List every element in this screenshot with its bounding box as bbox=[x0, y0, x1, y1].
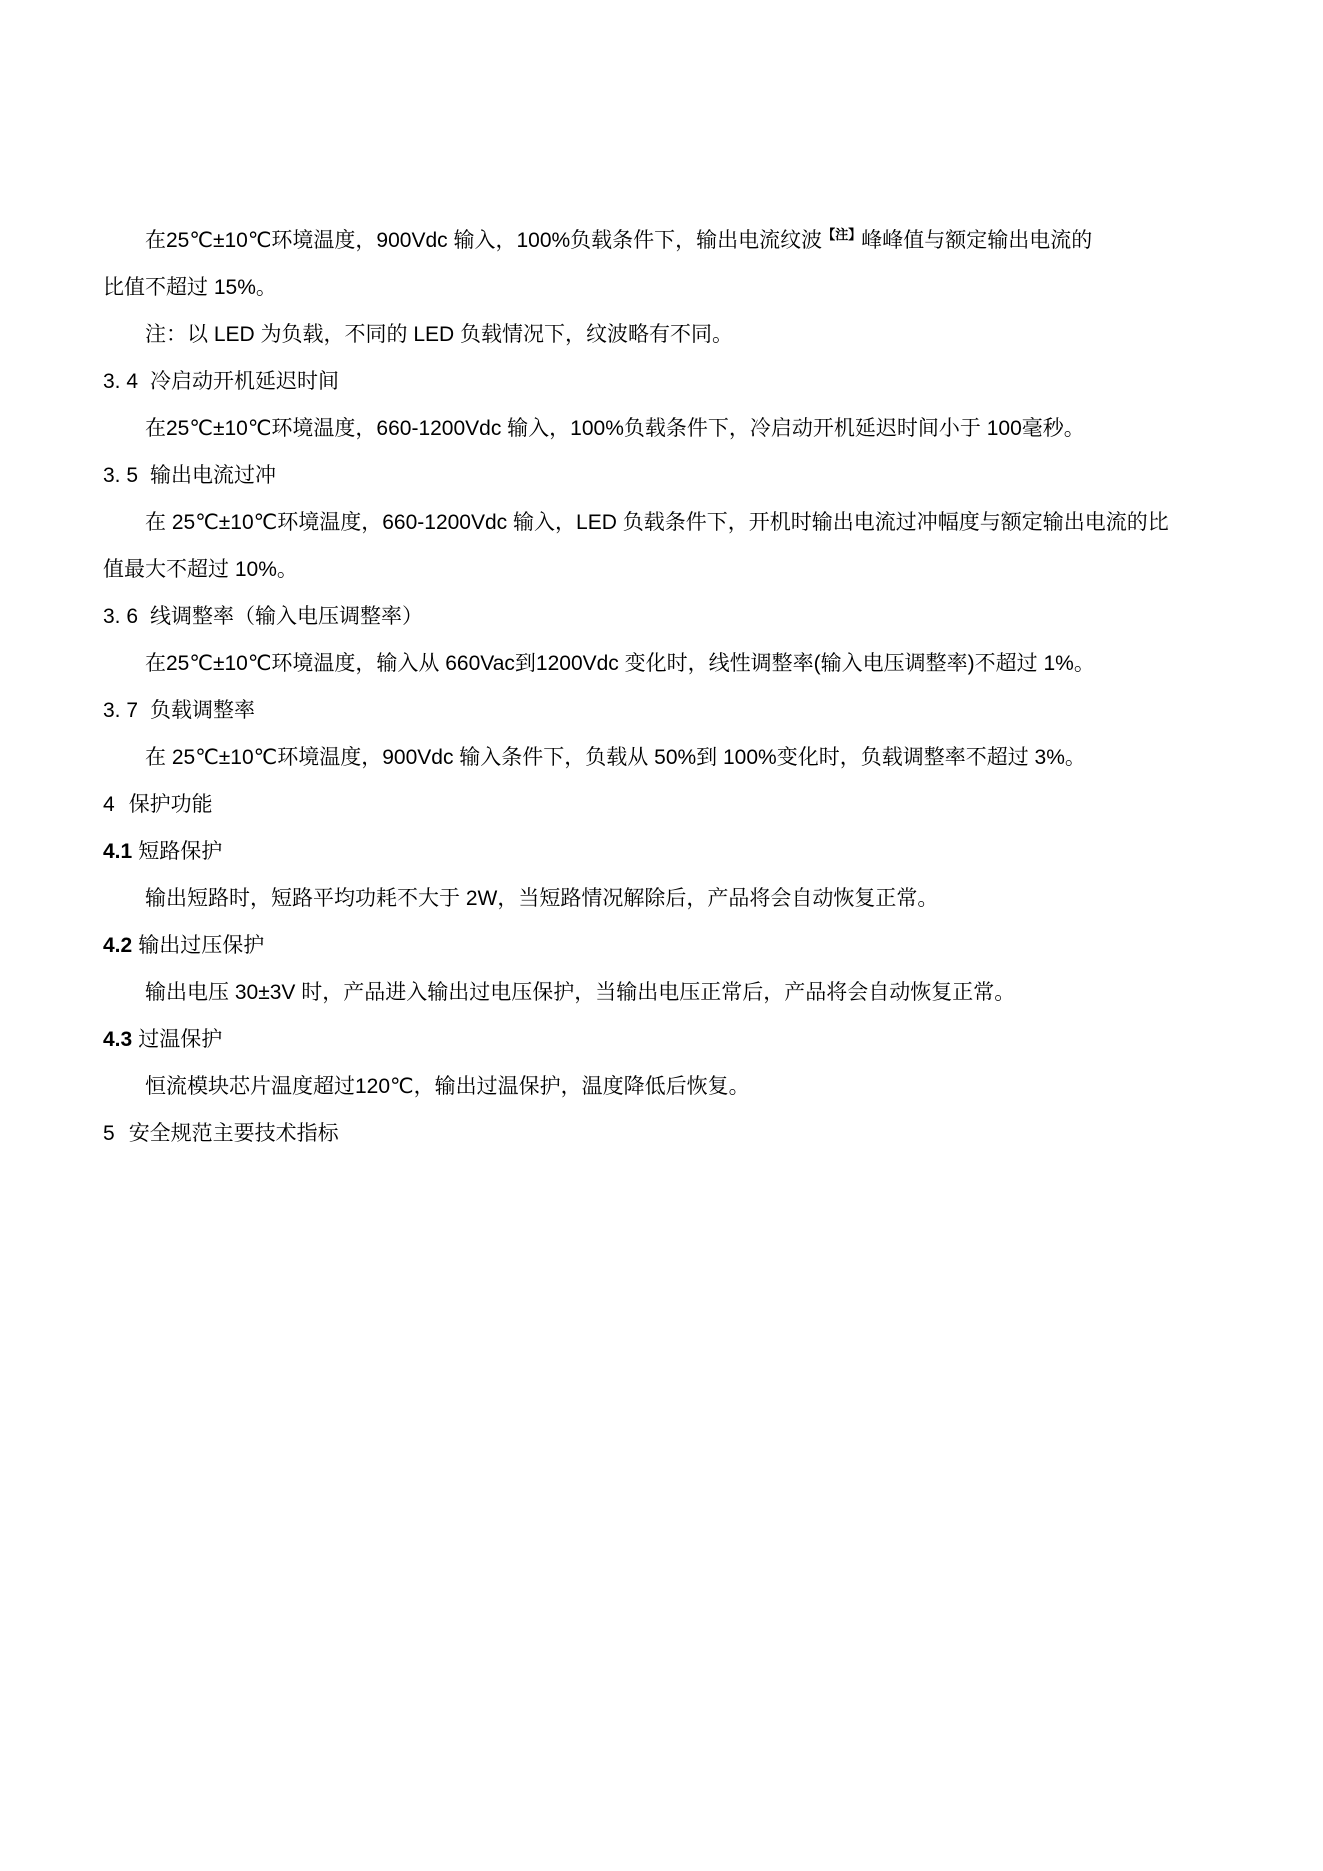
paragraph-3-4: 在25℃±10℃环境温度，660-1200Vdc 输入，100%负载条件下，冷启… bbox=[103, 405, 1243, 452]
heading-4-3-number: 4.3 bbox=[103, 1016, 132, 1063]
note-reference-superscript: 【注】 bbox=[822, 227, 861, 242]
paragraph-4-2: 输出电压 30±3V 时，产品进入输出过电压保护，当输出电压正常后，产品将会自动… bbox=[103, 969, 1243, 1016]
heading-chapter-4: 4保护功能 bbox=[103, 781, 1243, 828]
heading-3-6: 3. 6线调整率（输入电压调整率） bbox=[103, 593, 1243, 640]
paragraph-3-6: 在25℃±10℃环境温度，输入从 660Vac到1200Vdc 变化时，线性调整… bbox=[103, 640, 1243, 687]
heading-3-4-number: 3. 4 bbox=[103, 358, 138, 405]
heading-3-5: 3. 5输出电流过冲 bbox=[103, 452, 1243, 499]
heading-3-6-title: 线调整率（输入电压调整率） bbox=[150, 605, 423, 628]
heading-4-1-title: 短路保护 bbox=[138, 840, 222, 863]
heading-3-5-number: 3. 5 bbox=[103, 452, 138, 499]
heading-chapter-4-title: 保护功能 bbox=[129, 793, 213, 816]
heading-chapter-5: 5安全规范主要技术指标 bbox=[103, 1110, 1243, 1157]
document-content: 在25℃±10℃环境温度，900Vdc 输入，100%负载条件下，输出电流纹波【… bbox=[0, 0, 1323, 1157]
heading-4-2: 4.2输出过压保护 bbox=[103, 922, 1243, 969]
paragraph-4-1: 输出短路时，短路平均功耗不大于 2W，当短路情况解除后，产品将会自动恢复正常。 bbox=[103, 875, 1243, 922]
heading-3-7-title: 负载调整率 bbox=[150, 699, 255, 722]
heading-chapter-5-number: 5 bbox=[103, 1110, 115, 1157]
heading-4-2-number: 4.2 bbox=[103, 922, 132, 969]
heading-4-1: 4.1短路保护 bbox=[103, 828, 1243, 875]
heading-4-3: 4.3过温保护 bbox=[103, 1016, 1243, 1063]
paragraph-output-current-ripple: 在25℃±10℃环境温度，900Vdc 输入，100%负载条件下，输出电流纹波【… bbox=[103, 217, 1243, 311]
document-page: 在25℃±10℃环境温度，900Vdc 输入，100%负载条件下，输出电流纹波【… bbox=[0, 0, 1323, 1871]
heading-3-7-number: 3. 7 bbox=[103, 687, 138, 734]
heading-4-1-number: 4.1 bbox=[103, 828, 132, 875]
heading-3-4: 3. 4冷启动开机延迟时间 bbox=[103, 358, 1243, 405]
heading-3-4-title: 冷启动开机延迟时间 bbox=[150, 370, 339, 393]
heading-3-5-title: 输出电流过冲 bbox=[150, 464, 276, 487]
heading-chapter-5-title: 安全规范主要技术指标 bbox=[129, 1122, 339, 1145]
heading-chapter-4-number: 4 bbox=[103, 781, 115, 828]
heading-4-2-title: 输出过压保护 bbox=[138, 934, 264, 957]
note-line: 注：以 LED 为负载，不同的 LED 负载情况下，纹波略有不同。 bbox=[103, 311, 1243, 358]
paragraph-3-7: 在 25℃±10℃环境温度，900Vdc 输入条件下，负载从 50%到 100%… bbox=[103, 734, 1243, 781]
paragraph-3-5: 在 25℃±10℃环境温度，660-1200Vdc 输入，LED 负载条件下，开… bbox=[103, 499, 1243, 593]
heading-4-3-title: 过温保护 bbox=[138, 1028, 222, 1051]
heading-3-6-number: 3. 6 bbox=[103, 593, 138, 640]
heading-3-7: 3. 7负载调整率 bbox=[103, 687, 1243, 734]
ripple-text-before-note-ref: 在25℃±10℃环境温度，900Vdc 输入，100%负载条件下，输出电流纹波 bbox=[145, 229, 822, 252]
paragraph-4-3: 恒流模块芯片温度超过120℃，输出过温保护，温度降低后恢复。 bbox=[103, 1063, 1243, 1110]
